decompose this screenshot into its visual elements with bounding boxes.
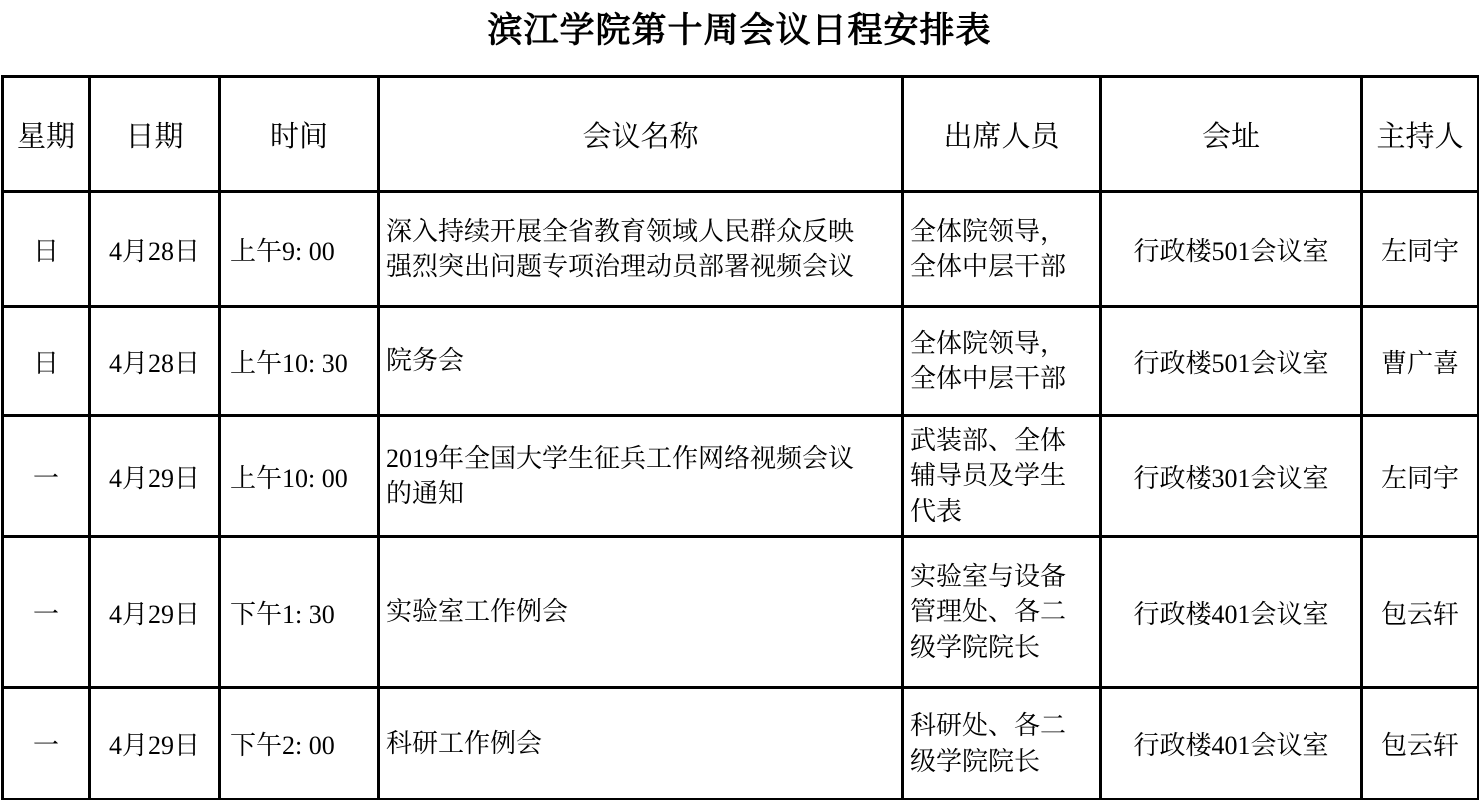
cell-host: 曹广喜 [1362,307,1479,416]
cell-date: 4月28日 [90,307,220,416]
cell-attendees: 全体院领导， 全体中层干部 [903,192,1101,307]
cell-host: 包云轩 [1362,688,1479,800]
cell-time: 上午10: 30 [220,307,379,416]
cell-date: 4月29日 [90,416,220,537]
cell-venue: 行政楼401会议室 [1101,688,1362,800]
cell-meeting-name: 院务会 [379,307,903,416]
header-cell-attendees: 出席人员 [903,77,1101,192]
cell-time: 上午10: 00 [220,416,379,537]
document-page: 滨江学院第十周会议日程安排表 星期 日期 时间 会议名称 出席人员 会址 主持人 [0,0,1479,800]
cell-venue: 行政楼401会议室 [1101,537,1362,688]
table-header-row: 星期 日期 时间 会议名称 出席人员 会址 主持人 [3,77,1479,192]
cell-day: 一 [3,537,90,688]
cell-venue: 行政楼301会议室 [1101,416,1362,537]
cell-day: 日 [3,307,90,416]
cell-meeting-name: 实验室工作例会 [379,537,903,688]
cell-time: 下午2: 00 [220,688,379,800]
cell-time: 下午1: 30 [220,537,379,688]
header-cell-venue: 会址 [1101,77,1362,192]
page-title: 滨江学院第十周会议日程安排表 [0,3,1479,53]
table-row: 日 4月28日 上午10: 30 院务会 全体院领导， 全体中层干部 行政楼50… [3,307,1479,416]
cell-attendees: 武装部、全体 辅导员及学生 代表 [903,416,1101,537]
cell-attendees: 科研处、各二 级学院院长 [903,688,1101,800]
cell-day: 日 [3,192,90,307]
cell-host: 包云轩 [1362,537,1479,688]
table-row: 日 4月28日 上午9: 00 深入持续开展全省教育领域人民群众反映 强烈突出问… [3,192,1479,307]
table-row: 星期 日期 时间 会议名称 出席人员 会址 主持人 [3,77,1479,192]
cell-meeting-name: 科研工作例会 [379,688,903,800]
cell-host: 左同宇 [1362,192,1479,307]
cell-date: 4月28日 [90,192,220,307]
cell-day: 一 [3,688,90,800]
table-row: 一 4月29日 下午2: 00 科研工作例会 科研处、各二 级学院院长 行政楼4… [3,688,1479,800]
cell-date: 4月29日 [90,688,220,800]
header-cell-host: 主持人 [1362,77,1479,192]
table-row: 一 4月29日 下午1: 30 实验室工作例会 实验室与设备 管理处、各二 级学… [3,537,1479,688]
cell-date: 4月29日 [90,537,220,688]
cell-host: 左同宇 [1362,416,1479,537]
header-cell-week: 星期 [3,77,90,192]
table-row: 一 4月29日 上午10: 00 2019年全国大学生征兵工作网络视频会议 的通… [3,416,1479,537]
cell-meeting-name: 深入持续开展全省教育领域人民群众反映 强烈突出问题专项治理动员部署视频会议 [379,192,903,307]
cell-day: 一 [3,416,90,537]
header-cell-time: 时间 [220,77,379,192]
header-cell-date: 日期 [90,77,220,192]
cell-meeting-name: 2019年全国大学生征兵工作网络视频会议 的通知 [379,416,903,537]
cell-venue: 行政楼501会议室 [1101,307,1362,416]
cell-venue: 行政楼501会议室 [1101,192,1362,307]
header-cell-meeting: 会议名称 [379,77,903,192]
schedule-table: 星期 日期 时间 会议名称 出席人员 会址 主持人 日 4月28日 上午9: 0… [1,75,1479,800]
cell-attendees: 实验室与设备 管理处、各二 级学院院长 [903,537,1101,688]
cell-time: 上午9: 00 [220,192,379,307]
cell-attendees: 全体院领导， 全体中层干部 [903,307,1101,416]
